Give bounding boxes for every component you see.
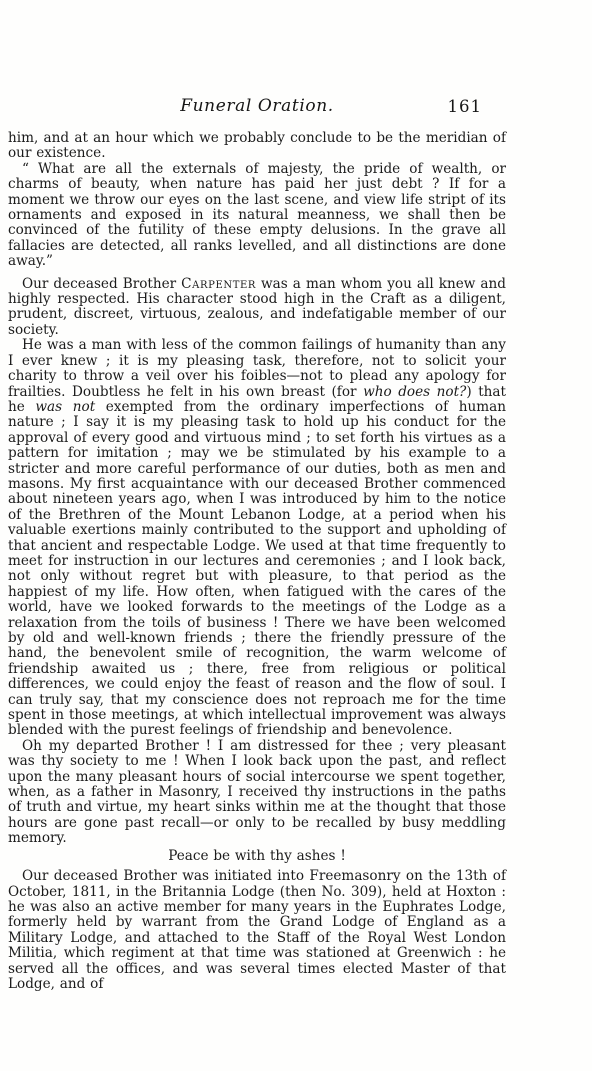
paragraph-his-character: He was a man with less of the common fai… (8, 338, 506, 739)
book-page: Funeral Oration. 161 him, and at an hour… (0, 0, 592, 1071)
page-content: Funeral Oration. 161 him, and at an hour… (8, 96, 506, 992)
text-run: “ What are all the externals of majesty,… (8, 161, 506, 269)
page-body: him, and at an hour which we probably co… (8, 131, 506, 992)
text-smallcaps: Carpenter (181, 276, 256, 292)
text-run: Our deceased Brother (22, 276, 181, 292)
text-run: him, and at an hour which we probably co… (8, 130, 506, 161)
text-run: Our deceased Brother was initiated into … (8, 868, 506, 992)
page-header: Funeral Oration. 161 (8, 96, 506, 120)
text-run: Peace be with thy ashes ! (168, 848, 346, 864)
paragraph-peace-line: Peace be with thy ashes ! (8, 849, 506, 864)
text-italic: who does not? (363, 384, 466, 400)
paragraph-brother-carpenter: Our deceased Brother Carpenter was a man… (8, 277, 506, 339)
running-title: Funeral Oration. (8, 96, 506, 116)
text-run: Oh my departed Brother ! I am distressed… (8, 738, 506, 846)
paragraph-departed-brother: Oh my departed Brother ! I am distressed… (8, 739, 506, 847)
paragraph-continuation: him, and at an hour which we probably co… (8, 131, 506, 162)
text-italic: was not (35, 399, 95, 415)
paragraph-initiation: Our deceased Brother was initiated into … (8, 869, 506, 992)
page-number: 161 (448, 97, 483, 116)
paragraph-quotation: “ What are all the externals of majesty,… (8, 162, 506, 270)
text-run: exempted from the ordinary imperfections… (8, 399, 506, 739)
